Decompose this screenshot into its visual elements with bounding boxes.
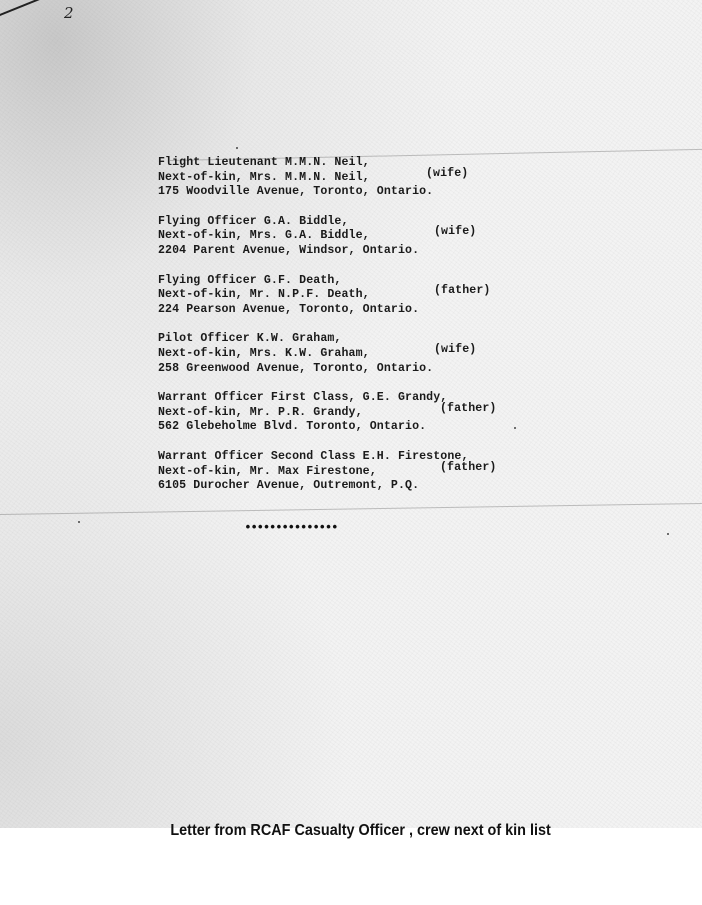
next-of-kin-line: Next-of-kin, Mrs. G.A. Biddle,(wife) [158,229,538,244]
address-line: 6105 Durocher Avenue, Outremont, P.Q. [158,479,538,494]
address-line: 258 Greenwood Avenue, Toronto, Ontario. [158,362,538,377]
next-of-kin-list: Flight Lieutenant M.M.N. Neil, Next-of-k… [158,156,538,509]
relation-label: (wife) [434,225,476,240]
next-of-kin-name: Next-of-kin, Mrs. M.M.N. Neil, [158,171,370,184]
next-of-kin-name: Next-of-kin, Mr. P.R. Grandy, [158,406,363,419]
crew-member-name: Flying Officer G.A. Biddle, [158,215,538,230]
image-caption: Letter from RCAF Casualty Officer , crew… [0,822,702,840]
crew-member-name: Flight Lieutenant M.M.N. Neil, [158,156,538,171]
address-line: 2204 Parent Avenue, Windsor, Ontario. [158,244,538,259]
next-of-kin-name: Next-of-kin, Mrs. K.W. Graham, [158,347,370,360]
scanned-letter-page: 2 Flight Lieutenant M.M.N. Neil, Next-of… [0,0,702,828]
next-of-kin-line: Next-of-kin, Mr. N.P.F. Death,(father) [158,288,538,303]
crew-entry: Flying Officer G.A. Biddle, Next-of-kin,… [158,215,538,259]
next-of-kin-name: Next-of-kin, Mr. N.P.F. Death, [158,288,370,301]
next-of-kin-name: Next-of-kin, Mrs. G.A. Biddle, [158,229,370,242]
caption-text: Letter from RCAF Casualty Officer , crew… [171,822,551,840]
relation-label: (father) [440,461,496,476]
next-of-kin-line: Next-of-kin, Mrs. K.W. Graham,(wife) [158,347,538,362]
relation-label: (father) [440,402,496,417]
crew-entry: Flying Officer G.F. Death, Next-of-kin, … [158,274,538,318]
crew-member-name: Pilot Officer K.W. Graham, [158,332,538,347]
scan-speck [236,147,238,149]
relation-label: (wife) [434,343,476,358]
next-of-kin-name: Next-of-kin, Mr. Max Firestone, [158,465,377,478]
handwritten-page-number: 2 [64,4,74,22]
relation-label: (father) [434,284,490,299]
pen-stroke-mark [0,0,111,20]
crew-entry: Flight Lieutenant M.M.N. Neil, Next-of-k… [158,156,538,200]
crew-entry: Pilot Officer K.W. Graham, Next-of-kin, … [158,332,538,376]
next-of-kin-line: Next-of-kin, Mr. P.R. Grandy,(father) [158,406,538,421]
next-of-kin-line: Next-of-kin, Mr. Max Firestone,(father) [158,465,538,480]
scan-speck [667,533,669,535]
dotted-separator: ••••••••••••••• [244,520,337,535]
scan-speck [78,521,80,523]
address-line: 562 Glebeholme Blvd. Toronto, Ontario. [158,420,538,435]
address-line: 175 Woodville Avenue, Toronto, Ontario. [158,185,538,200]
crew-entry: Warrant Officer Second Class E.H. Firest… [158,450,538,494]
address-line: 224 Pearson Avenue, Toronto, Ontario. [158,303,538,318]
crew-entry: Warrant Officer First Class, G.E. Grandy… [158,391,538,435]
next-of-kin-line: Next-of-kin, Mrs. M.M.N. Neil,(wife) [158,171,538,186]
relation-label: (wife) [426,167,468,182]
